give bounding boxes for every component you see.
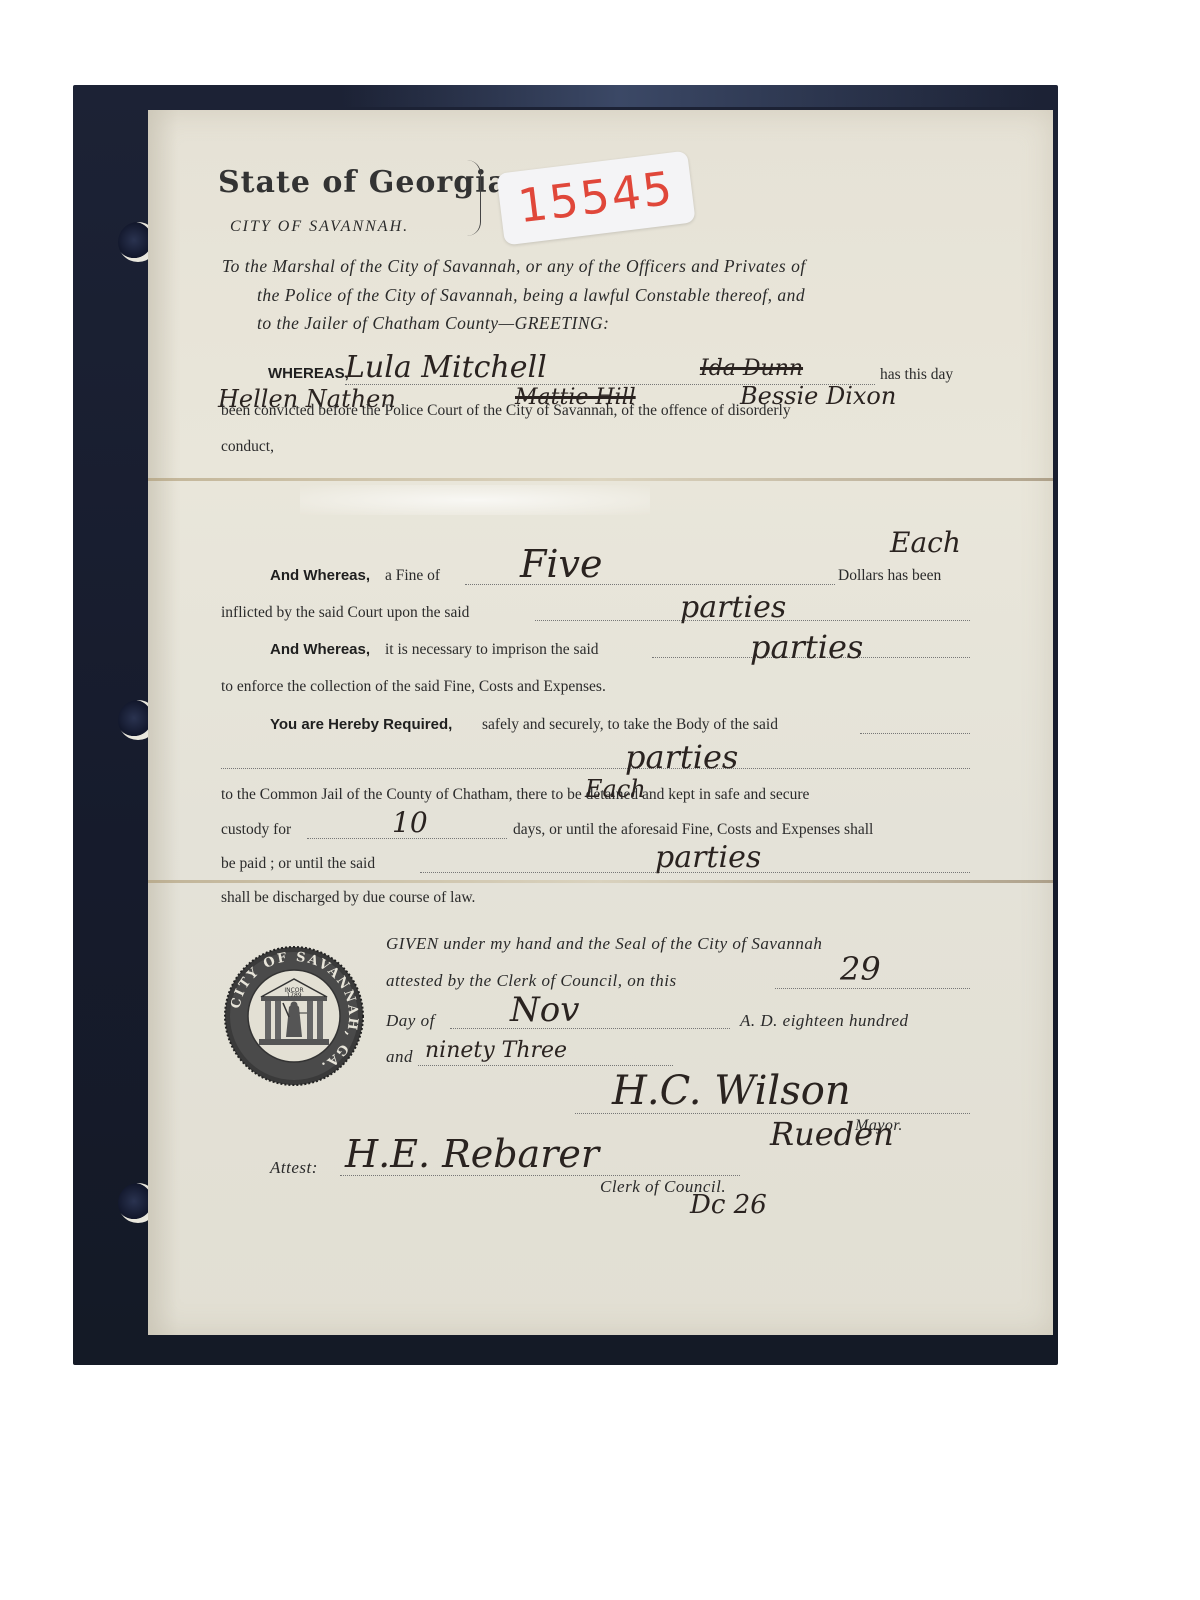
- imprison-line-2: to enforce the collection of the said Fi…: [221, 678, 606, 696]
- jail-text: to the Common Jail of the County of Chat…: [221, 786, 809, 804]
- city-heading: CITY OF SAVANNAH.: [230, 218, 409, 236]
- whereas-label: WHEREAS,: [268, 365, 349, 382]
- fold-crease-upper: [148, 478, 1053, 481]
- custody-days: 10: [392, 806, 428, 839]
- paper-margin-shade: [148, 110, 178, 1335]
- custody-insert-each: Each: [585, 775, 646, 803]
- given-day: 29: [840, 950, 881, 988]
- mayor-signature: H.C. Wilson: [612, 1068, 851, 1114]
- required-parties: parties: [625, 738, 738, 776]
- given-month: Nov: [510, 990, 579, 1030]
- custody-label: custody for: [221, 821, 291, 839]
- address-line-2: the Police of the City of Savannah, bein…: [257, 285, 805, 306]
- day-fill-line: [775, 988, 970, 989]
- and-label: and: [386, 1047, 413, 1067]
- address-line-3: to the Jailer of Chatham County—GREETING…: [257, 313, 610, 334]
- discharge-text: shall be discharged by due course of law…: [221, 889, 475, 907]
- required-fill-line-b: [221, 768, 970, 769]
- required-text: safely and securely, to take the Body of…: [482, 716, 778, 734]
- ad-text: A. D. eighteen hundred: [740, 1011, 909, 1031]
- fine-parties: parties: [680, 590, 786, 625]
- city-seal-icon: CITY OF SAVANNAH, GA. INCOR 1789: [223, 945, 365, 1087]
- fold-crease-lower: [148, 880, 1053, 883]
- days-text: days, or until the aforesaid Fine, Costs…: [513, 821, 873, 839]
- required-label: You are Hereby Required,: [270, 716, 452, 733]
- offence-text: conduct,: [221, 438, 274, 456]
- given-line-1: GIVEN under my hand and the Seal of the …: [386, 934, 822, 954]
- given-year: ninety Three: [425, 1038, 567, 1063]
- clerk-initials: Dc 26: [690, 1190, 767, 1220]
- imprison-text: it is necessary to imprison the said: [385, 641, 599, 659]
- fine-whereas-label: And Whereas,: [270, 567, 370, 584]
- day-of-label: Day of: [386, 1011, 435, 1031]
- required-fill-line-a: [860, 733, 970, 734]
- given-line-2-label: attested by the Clerk of Council, on thi…: [386, 971, 677, 991]
- year-fill-line: [418, 1065, 673, 1066]
- convict-name-struck-1: Ida Dunn: [700, 356, 803, 381]
- clerk-overwrite-signature: Rueden: [770, 1115, 894, 1153]
- conviction-text: been convicted before the Police Court o…: [221, 402, 791, 420]
- mayor-signature-line: [575, 1113, 970, 1114]
- fine-text-b: Dollars has been: [838, 567, 941, 585]
- fine-amount: Five: [520, 542, 602, 586]
- inventory-number: 15545: [497, 159, 694, 236]
- paid-label: be paid ; or until the said: [221, 855, 375, 873]
- clerk-signature-line: [340, 1175, 740, 1176]
- attest-label: Attest:: [270, 1158, 318, 1178]
- fine-text-a: a Fine of: [385, 567, 440, 585]
- imprison-parties: parties: [750, 628, 863, 666]
- imprison-whereas-label: And Whereas,: [270, 641, 370, 658]
- heading-brace: [462, 160, 481, 236]
- fine-line-2: inflicted by the said Court upon the sai…: [221, 604, 469, 622]
- fine-insert-each: Each: [890, 526, 961, 559]
- light-glare: [300, 485, 650, 515]
- paid-parties: parties: [655, 840, 761, 875]
- backing-glare: [340, 85, 1040, 107]
- address-line-1: To the Marshal of the City of Savannah, …: [222, 256, 806, 277]
- clerk-signature: H.E. Rebarer: [345, 1132, 599, 1176]
- convict-name-1: Lula Mitchell: [345, 350, 547, 385]
- month-fill-line: [450, 1028, 730, 1029]
